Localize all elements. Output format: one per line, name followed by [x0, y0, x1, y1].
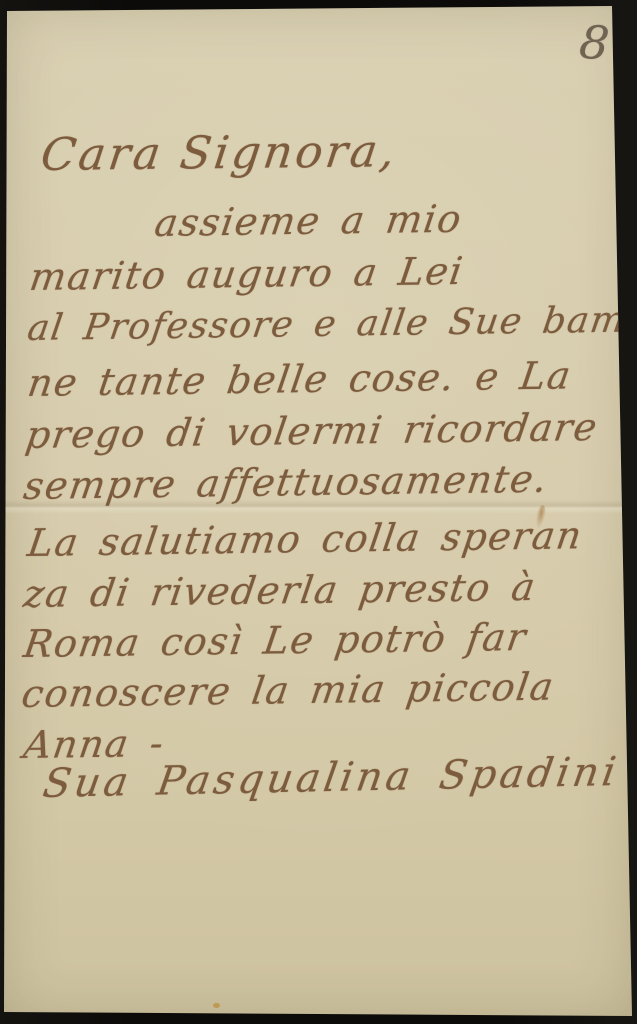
letter-page: 8 Cara Signora, assieme a mio marito aug… [0, 0, 637, 1024]
body-line-1: assieme a mio [152, 197, 465, 245]
page-number: 8 [577, 14, 612, 71]
photograph-frame: 8 Cara Signora, assieme a mio marito aug… [0, 0, 637, 1024]
body-line-4: ne tante belle cose. e La [25, 353, 575, 405]
body-line-10: conoscere la mia piccola [19, 665, 558, 716]
paper-speck [213, 1003, 220, 1008]
body-line-3: al Professore e alle Sue bambi [25, 299, 637, 349]
body-line-9: Roma così Le potrò far [21, 615, 530, 666]
body-line-8: za di rivederla presto à [21, 565, 539, 616]
body-line-2: marito auguro a Lei [27, 249, 467, 299]
body-line-7: La salutiamo colla speran [25, 513, 586, 565]
body-line-5: prego di volermi ricordare [23, 405, 601, 457]
salutation-line: Cara Signora, [38, 124, 401, 181]
